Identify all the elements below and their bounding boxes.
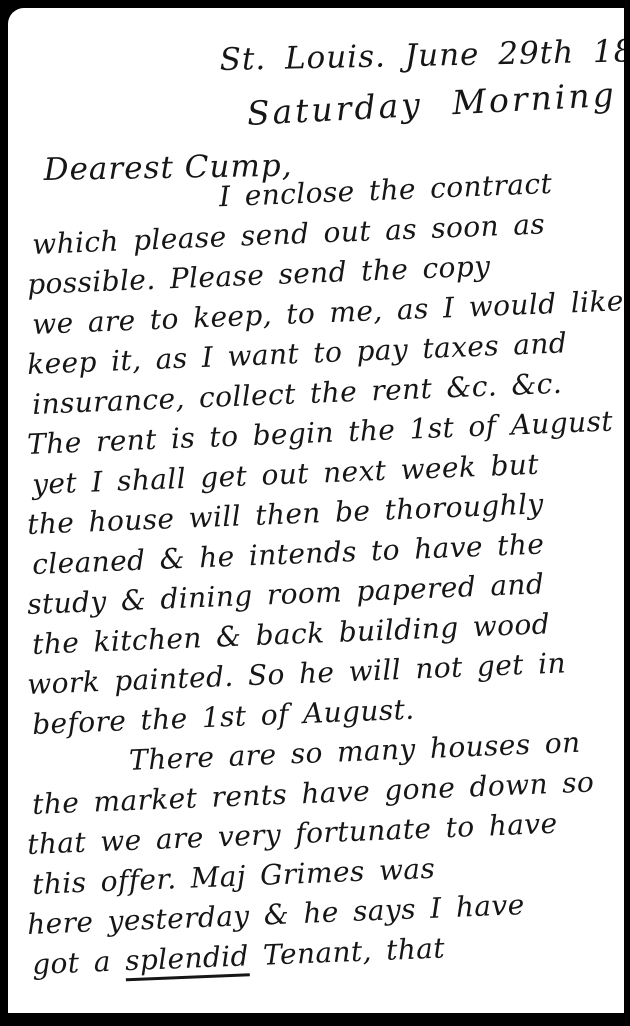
letter-paper: St. Louis. June 29th 1878 Saturday Morni… <box>8 8 624 1013</box>
letter-text: got a <box>32 944 126 981</box>
letter-paragraph: I enclose the contractwhich please send … <box>28 188 618 748</box>
letter-body: I enclose the contractwhich please send … <box>28 188 618 988</box>
place-dateline: St. Louis. June 29th 1878 <box>219 32 624 78</box>
scanned-letter: St. Louis. June 29th 1878 Saturday Morni… <box>0 0 630 1026</box>
underlined-word: splendid <box>124 939 249 981</box>
letter-paragraph: There are so many houses onthe market re… <box>28 748 618 988</box>
letter-text: Tenant, that <box>248 931 445 972</box>
day-dateline: Saturday Morning <box>246 75 618 133</box>
